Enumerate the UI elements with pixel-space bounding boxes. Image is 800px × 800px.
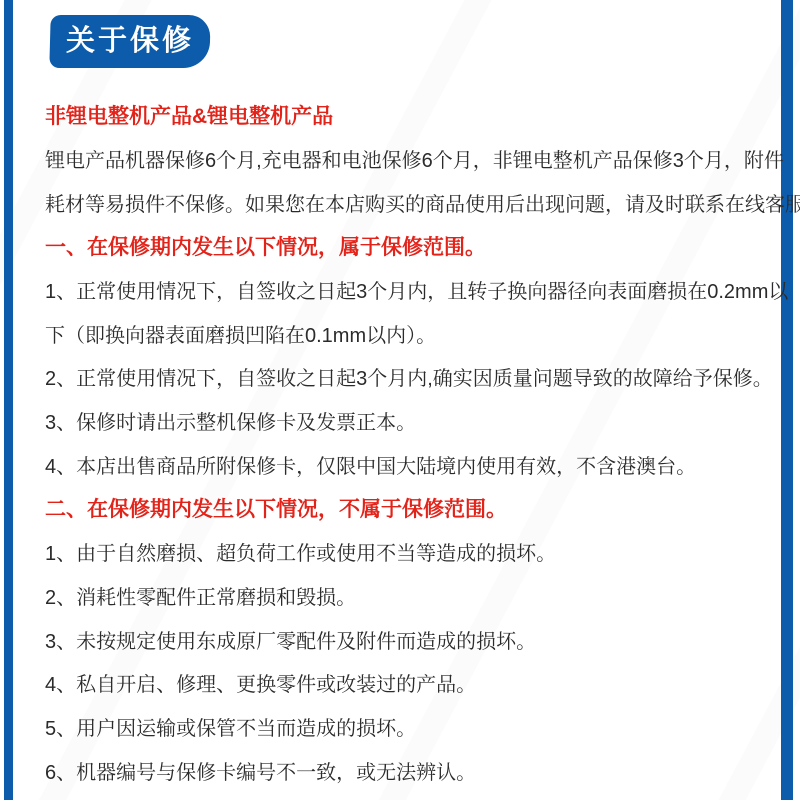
text-line: 4、本店出售商品所附保修卡，仅限中国大陆境内使用有效，不含港澳台。: [45, 443, 775, 487]
right-border-strip: [781, 0, 793, 800]
text-line-label: 2、正常使用情况下，自签收之日起3个月内,确实因质量问题导致的故障给予保修。: [45, 362, 773, 391]
text-line: 下（即换向器表面磨损凹陷在0.1mm以内）。: [45, 311, 775, 355]
text-line: 一、在保修期内发生以下情况，属于保修范围。: [45, 224, 775, 268]
text-line-label: 3、保修时请出示整机保修卡及发票正本。: [45, 406, 416, 435]
text-line: 6、机器编号与保修卡编号不一致，或无法辨认。: [45, 748, 775, 792]
text-line: 非锂电整机产品&锂电整机产品: [45, 93, 775, 137]
text-line-label: 2、消耗性零配件正常磨损和毁损。: [45, 581, 356, 610]
text-line: 1、由于自然磨损、超负荷工作或使用不当等造成的损坏。: [45, 530, 775, 574]
text-line-label: 4、本店出售商品所附保修卡，仅限中国大陆境内使用有效，不含港澳台。: [45, 450, 696, 479]
text-line-label: 3、未按规定使用东成原厂零配件及附件而造成的损坏。: [45, 625, 536, 654]
text-line: 2、正常使用情况下，自签收之日起3个月内,确实因质量问题导致的故障给予保修。: [45, 355, 775, 399]
text-line-label: 锂电产品机器保修6个月,充电器和电池保修6个月，非锂电整机产品保修3个月，附件: [45, 144, 784, 173]
text-line-label: 非锂电整机产品&锂电整机产品: [45, 100, 333, 130]
text-line-label: 4、私自开启、修理、更换零件或改装过的产品。: [45, 668, 476, 697]
text-line: 锂电产品机器保修6个月,充电器和电池保修6个月，非锂电整机产品保修3个月，附件: [45, 137, 775, 181]
text-line: 3、保修时请出示整机保修卡及发票正本。: [45, 399, 775, 443]
text-line: 耗材等易损件不保修。如果您在本店购买的商品使用后出现问题，请及时联系在线客服。: [45, 180, 775, 224]
text-line: 5、用户因运输或保管不当而造成的损坏。: [45, 705, 775, 749]
text-line: 2、消耗性零配件正常磨损和毁损。: [45, 574, 775, 618]
section-title-badge: 关于保修: [49, 15, 210, 68]
text-line-label: 6、机器编号与保修卡编号不一致，或无法辨认。: [45, 756, 476, 785]
text-line-label: 1、由于自然磨损、超负荷工作或使用不当等造成的损坏。: [45, 537, 556, 566]
section-title: 关于保修: [66, 27, 194, 56]
text-line: 4、私自开启、修理、更换零件或改装过的产品。: [45, 661, 775, 705]
text-line: 二、在保修期内发生以下情况，不属于保修范围。: [45, 486, 775, 530]
left-border-strip: [4, 0, 13, 800]
text-line: 3、未按规定使用东成原厂零配件及附件而造成的损坏。: [45, 617, 775, 661]
warranty-info-page: 关于保修 非锂电整机产品&锂电整机产品 锂电产品机器保修6个月,充电器和电池保修…: [0, 0, 800, 800]
text-line: 1、正常使用情况下，自签收之日起3个月内，且转子换向器径向表面磨损在0.2mm以: [45, 268, 775, 312]
text-line-label: 耗材等易损件不保修。如果您在本店购买的商品使用后出现问题，请及时联系在线客服。: [45, 188, 800, 217]
text-line-label: 1、正常使用情况下，自签收之日起3个月内，且转子换向器径向表面磨损在0.2mm以: [45, 275, 788, 304]
warranty-text-block: 非锂电整机产品&锂电整机产品 锂电产品机器保修6个月,充电器和电池保修6个月，非…: [45, 93, 775, 792]
text-line-label: 5、用户因运输或保管不当而造成的损坏。: [45, 712, 416, 741]
text-line-label: 一、在保修期内发生以下情况，属于保修范围。: [45, 231, 486, 261]
text-line-label: 二、在保修期内发生以下情况，不属于保修范围。: [45, 493, 507, 523]
text-line-label: 下（即换向器表面磨损凹陷在0.1mm以内）。: [45, 319, 436, 348]
